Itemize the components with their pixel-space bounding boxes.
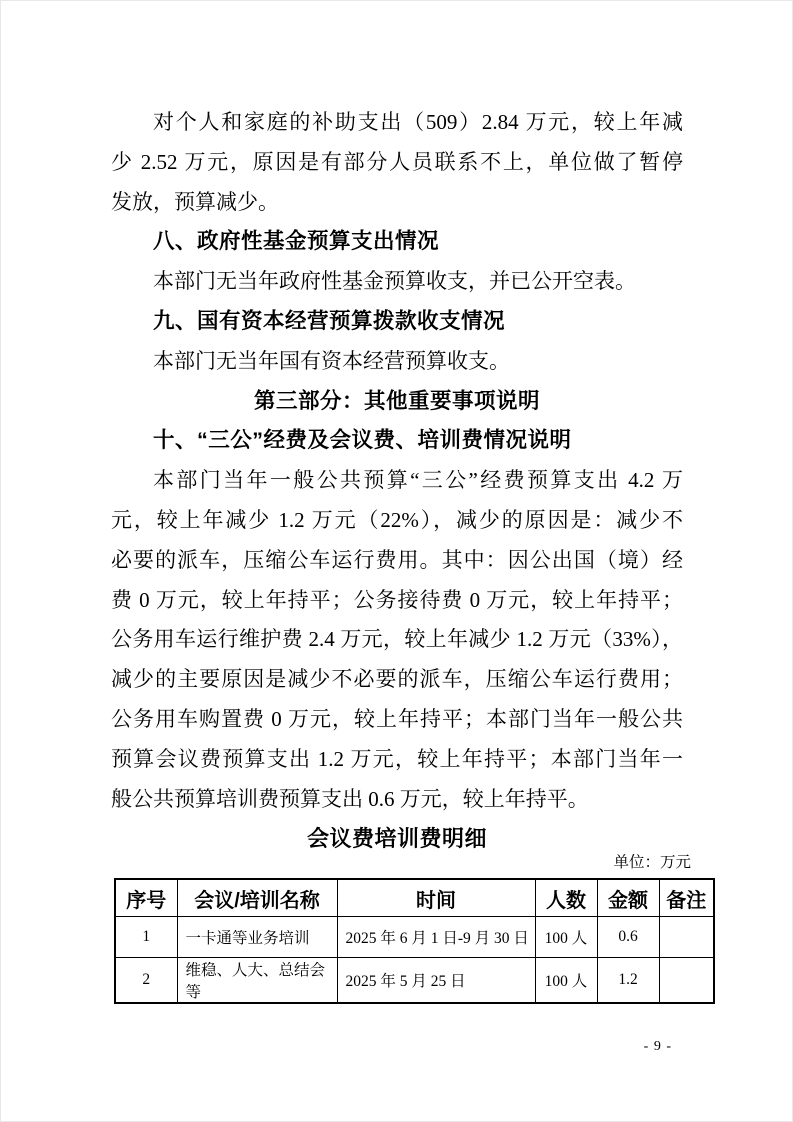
table-cell: 0.6 — [597, 917, 659, 958]
meeting-training-table: 序号会议/培训名称时间人数金额备注 1一卡通等业务培训2025 年 6 月 1 … — [114, 878, 715, 1004]
page-number: - 9 - — [644, 1039, 672, 1055]
table-cell: 2 — [115, 958, 177, 1004]
table-cell: 维稳、人大、总结会等 — [177, 958, 337, 1004]
table-header-cell: 备注 — [659, 879, 714, 917]
table-cell — [659, 958, 714, 1004]
body-line: 元，较上年减少 1.2 万元（22%），减少的原因是：减少不 — [111, 501, 683, 541]
body-line: 发放，预算减少。 — [111, 183, 683, 223]
table-header-cell: 会议/培训名称 — [177, 879, 337, 917]
section-heading: 十、“三公”经费及会议费、培训费情况说明 — [111, 421, 683, 461]
table-cell: 2025 年 6 月 1 日-9 月 30 日 — [337, 917, 535, 958]
table-cell: 1.2 — [597, 958, 659, 1004]
document-body: 对个人和家庭的补助支出（509）2.84 万元，较上年减少 2.52 万元，原因… — [111, 103, 683, 859]
part-heading: 第三部分：其他重要事项说明 — [111, 382, 683, 422]
table-cell: 1 — [115, 917, 177, 958]
body-line: 公务用车购置费 0 万元，较上年持平；本部门当年一般公共 — [111, 700, 683, 740]
section-heading: 九、国有资本经营预算拨款收支情况 — [111, 302, 683, 342]
table-cell: 一卡通等业务培训 — [177, 917, 337, 958]
body-line: 费 0 万元，较上年持平；公务接待费 0 万元，较上年持平； — [111, 581, 683, 621]
table-header-cell: 时间 — [337, 879, 535, 917]
table-header-row: 序号会议/培训名称时间人数金额备注 — [115, 879, 714, 917]
document-page: 对个人和家庭的补助支出（509）2.84 万元，较上年减少 2.52 万元，原因… — [0, 0, 793, 1122]
table-cell: 100 人 — [535, 917, 597, 958]
body-line: 般公共预算培训费预算支出 0.6 万元，较上年持平。 — [111, 780, 683, 820]
table-header-cell: 序号 — [115, 879, 177, 917]
body-line: 本部门当年一般公共预算“三公”经费预算支出 4.2 万 — [111, 461, 683, 501]
table-row: 2维稳、人大、总结会等2025 年 5 月 25 日100 人1.2 — [115, 958, 714, 1004]
table-header-cell: 金额 — [597, 879, 659, 917]
body-line: 预算会议费预算支出 1.2 万元，较上年持平；本部门当年一 — [111, 740, 683, 780]
body-line: 对个人和家庭的补助支出（509）2.84 万元，较上年减 — [111, 103, 683, 143]
body-line: 必要的派车，压缩公车运行费用。其中：因公出国（境）经 — [111, 541, 683, 581]
table-cell: 2025 年 5 月 25 日 — [337, 958, 535, 1004]
table-header-cell: 人数 — [535, 879, 597, 917]
meeting-training-table-wrap: 序号会议/培训名称时间人数金额备注 1一卡通等业务培训2025 年 6 月 1 … — [114, 878, 715, 1004]
body-line: 公务用车运行维护费 2.4 万元，较上年减少 1.2 万元（33%）， — [111, 620, 683, 660]
body-line: 少 2.52 万元，原因是有部分人员联系不上，单位做了暂停 — [111, 143, 683, 183]
table-body: 1一卡通等业务培训2025 年 6 月 1 日-9 月 30 日100 人0.6… — [115, 917, 714, 1004]
table-unit-note: 单位：万元 — [114, 852, 713, 874]
section-heading: 八、政府性基金预算支出情况 — [111, 222, 683, 262]
table-cell — [659, 917, 714, 958]
table-cell: 100 人 — [535, 958, 597, 1004]
body-line: 减少的主要原因是减少不必要的派车，压缩公车运行费用； — [111, 660, 683, 700]
table-row: 1一卡通等业务培训2025 年 6 月 1 日-9 月 30 日100 人0.6 — [115, 917, 714, 958]
body-line: 本部门无当年国有资本经营预算收支。 — [111, 342, 683, 382]
body-line: 本部门无当年政府性基金预算收支，并已公开空表。 — [111, 262, 683, 302]
